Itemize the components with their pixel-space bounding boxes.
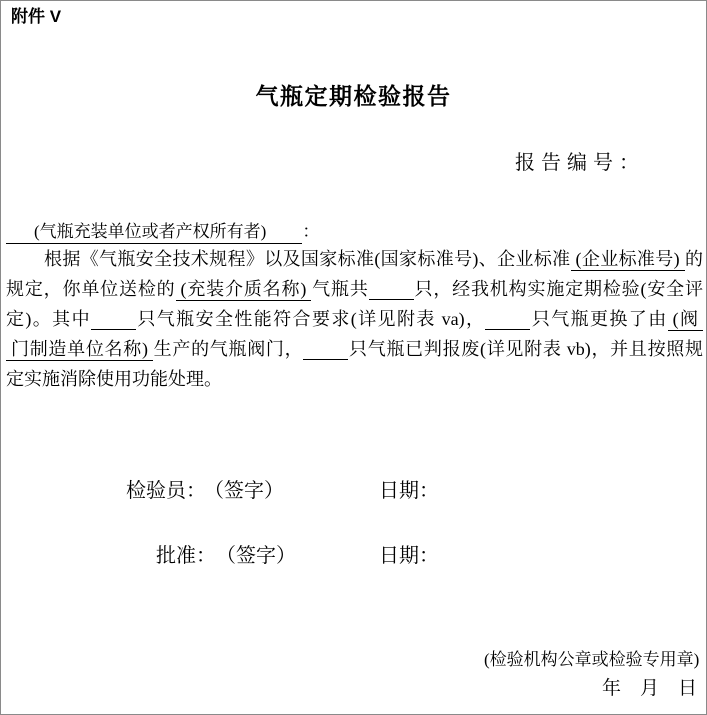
- body-line-4: 门制造单位名称)生产的气瓶阀门，只气瓶已判报废(详见附表 vb)，并且按照规: [6, 334, 703, 364]
- body-line-5: 定实施消除使用功能处理。: [6, 364, 703, 394]
- scrapped-count-blank: [303, 345, 348, 360]
- year-month-day-line: 年 月 日: [602, 677, 697, 700]
- body-text: 根据《气瓶安全技术规程》以及国家标准(国家标准号)、企业标准: [44, 249, 571, 269]
- body-line-2: 规定，你单位送检的(充装介质名称)气瓶共只，经我机构实施定期检验(安全评: [6, 274, 703, 304]
- body-text: 的: [685, 249, 703, 269]
- inspector-signature-placeholder: （签字）: [204, 479, 284, 503]
- enterprise-standard-no-blank: (企业标准号): [571, 249, 685, 271]
- inspector-label: 检验员：: [126, 479, 206, 503]
- body-text: 规定，你单位送检的: [6, 279, 176, 299]
- body-text: 只，经我机构实施定期检验(安全评: [414, 279, 703, 299]
- body-line-1: 根据《气瓶安全技术规程》以及国家标准(国家标准号)、企业标准(企业标准号)的: [6, 244, 703, 274]
- approver-signature-placeholder: （签字）: [216, 544, 296, 568]
- approver-label: 批准：: [156, 544, 216, 568]
- inspector-date-label: 日期：: [379, 479, 439, 503]
- body-text: 定实施消除使用功能处理。: [6, 369, 222, 389]
- approver-date-label: 日期：: [379, 544, 439, 568]
- body-text: 只气瓶更换了由: [530, 309, 667, 329]
- valve-manufacturer-blank-end: 门制造单位名称): [6, 339, 153, 361]
- body-text: 气瓶共: [311, 279, 368, 299]
- valve-replaced-count-blank: [485, 315, 530, 330]
- salutation-line: (气瓶充装单位或者产权所有者)：: [6, 221, 319, 242]
- report-number-label: 报告编号：: [515, 152, 645, 174]
- total-count-blank: [369, 285, 414, 300]
- valve-manufacturer-blank-start: (阀: [668, 309, 703, 331]
- addressee-underlined-blank: (气瓶充装单位或者产权所有者): [6, 222, 302, 244]
- body-text: 定)。其中: [6, 309, 91, 329]
- attachment-label: 附件 V: [11, 6, 61, 28]
- body-text: 只气瓶已判报废(详见附表 vb)，并且按照规: [348, 339, 703, 359]
- body-text: 生产的气瓶阀门，: [153, 339, 303, 359]
- report-page: 附件 V 气瓶定期检验报告 报告编号： (气瓶充装单位或者产权所有者)： 根据《…: [0, 0, 707, 715]
- salutation-colon: ：: [302, 222, 319, 241]
- qualified-count-blank: [91, 315, 136, 330]
- seal-note: (检验机构公章或检验专用章): [484, 649, 699, 671]
- report-body: 根据《气瓶安全技术规程》以及国家标准(国家标准号)、企业标准(企业标准号)的 规…: [6, 244, 703, 394]
- body-text: 只气瓶安全性能符合要求(详见附表 va)，: [136, 309, 485, 329]
- filling-medium-name-blank: (充装介质名称): [176, 279, 312, 301]
- report-title: 气瓶定期检验报告: [1, 83, 706, 110]
- body-line-3: 定)。其中只气瓶安全性能符合要求(详见附表 va)，只气瓶更换了由(阀: [6, 304, 703, 334]
